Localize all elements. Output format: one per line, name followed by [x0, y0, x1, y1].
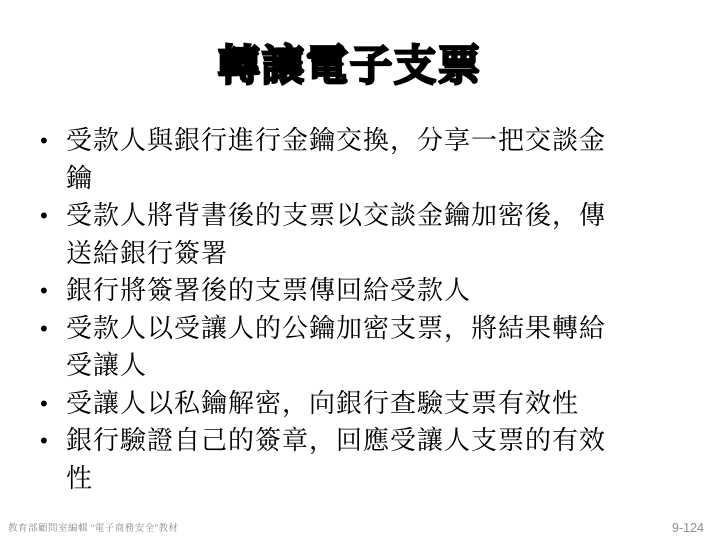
bullet-text: 銀行驗證自己的簽章，回應受讓人支票的有效性	[66, 425, 606, 493]
footer-credit: 教育部顧問室編輯 “電子商務安全”教材	[8, 520, 178, 534]
bullet-item: • 銀行將簽署後的支票傳回給受款人	[38, 272, 628, 310]
bullet-dot-icon: •	[40, 272, 49, 310]
bullet-item: • 受讓人以私鑰解密，向銀行查驗支票有效性	[38, 385, 628, 423]
bullet-dot-icon: •	[40, 385, 49, 423]
bullet-dot-icon: •	[40, 310, 49, 348]
bullet-item: • 銀行驗證自己的簽章，回應受讓人支票的有效性	[38, 422, 628, 497]
bullet-text: 銀行將簽署後的支票傳回給受款人	[66, 275, 471, 305]
presentation-slide: 轉讓電子支票 • 受款人與銀行進行金鑰交換，分享一把交談金鑰 • 受款人將背書後…	[0, 0, 720, 540]
bullet-dot-icon: •	[40, 122, 49, 160]
bullet-item: • 受款人以受讓人的公鑰加密支票，將結果轉給受讓人	[38, 310, 628, 385]
bullet-dot-icon: •	[40, 197, 49, 235]
page-number: 9-124	[672, 521, 704, 535]
slide-title: 轉讓電子支票	[0, 38, 700, 94]
bullet-item: • 受款人與銀行進行金鑰交換，分享一把交談金鑰	[38, 122, 628, 197]
bullet-item: • 受款人將背書後的支票以交談金鑰加密後，傳送給銀行簽署	[38, 197, 628, 272]
bullet-text: 受款人與銀行進行金鑰交換，分享一把交談金鑰	[66, 125, 606, 193]
bullet-text: 受款人以受讓人的公鑰加密支票，將結果轉給受讓人	[66, 313, 606, 381]
bullet-dot-icon: •	[40, 422, 49, 460]
bullet-list: • 受款人與銀行進行金鑰交換，分享一把交談金鑰 • 受款人將背書後的支票以交談金…	[38, 122, 638, 497]
bullet-text: 受款人將背書後的支票以交談金鑰加密後，傳送給銀行簽署	[66, 200, 606, 268]
bullet-text: 受讓人以私鑰解密，向銀行查驗支票有效性	[66, 388, 579, 418]
